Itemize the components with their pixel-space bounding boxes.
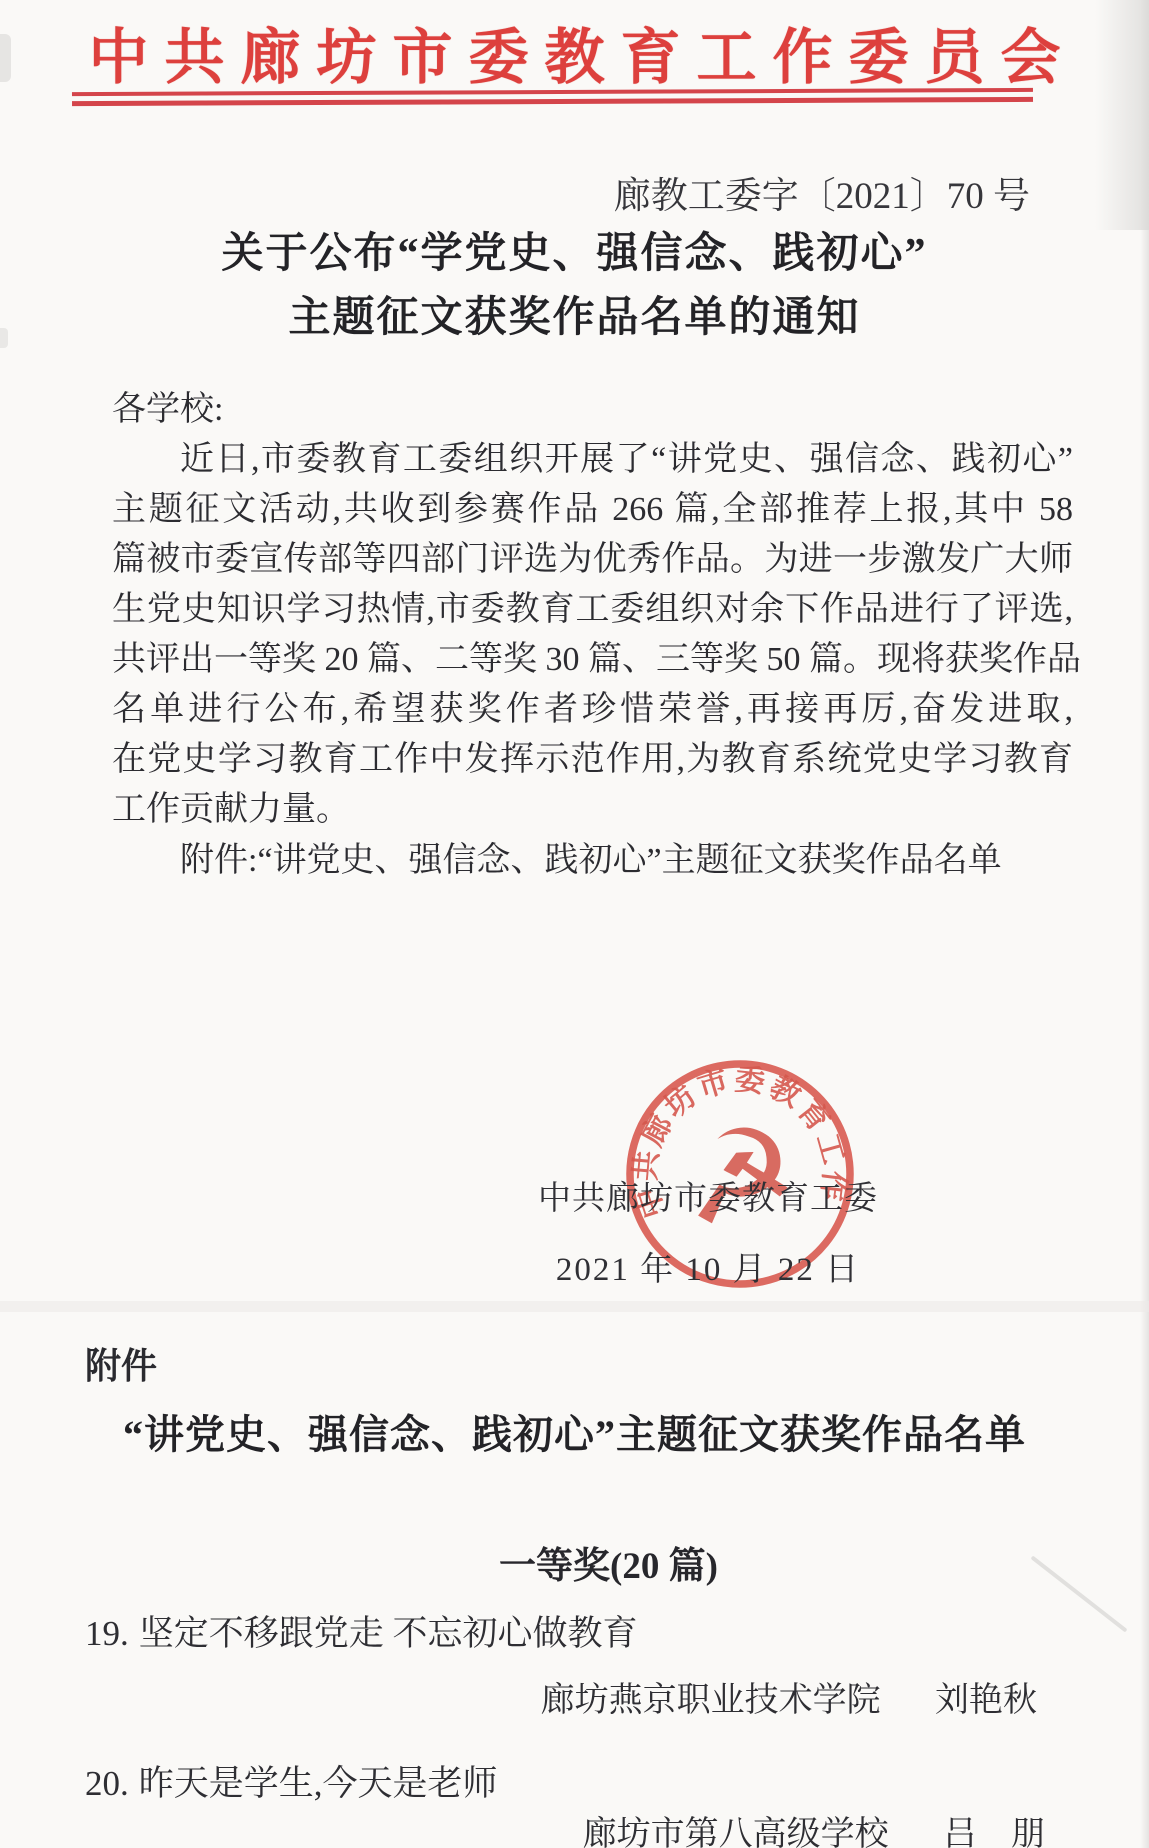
page-seam [0,1301,1149,1312]
award-entry-byline: 廊坊市第八高级学校吕 朋 [583,1806,1045,1848]
issue-date: 2021 年 10 月 22 日 [408,1243,1008,1290]
notice-title-line-1: 关于公布“学党史、强信念、践初心” [0,222,1149,286]
body-line: 主题征文活动,共收到参赛作品 266 篇,全部推荐上报,其中 58 [112,485,1073,535]
notice-title: 关于公布“学党史、强信念、践初心” 主题征文获奖作品名单的通知 [0,222,1149,350]
body-line: 名单进行公布,希望获奖作者珍惜荣誉,再接再厉,奋发进取, [112,685,1073,735]
first-prize-heading: 一等奖(20 篇) [34,1535,1149,1589]
letterhead-divider [72,88,1033,106]
letterhead-org-name: 中共廊坊市委教育工作委员会 [0,10,1149,96]
entry-school: 廊坊燕京职业技术学院 [541,1682,881,1719]
award-entry: 19.坚定不移跟党走 不忘初心做教育 [85,1606,638,1656]
body-line: 生党史知识学习热情,市委教育工委组织对余下作品进行了评选, [112,585,1073,635]
award-entry: 20.昨天是学生,今天是老师 [85,1756,498,1806]
signature-block: 中共廊坊市委教育工委 2021 年 10 月 22 日 [408,1172,1008,1290]
entry-school: 廊坊市第八高级学校 [583,1816,889,1848]
body-line: 工作贡献力量。 [112,785,1073,835]
notice-title-line-2: 主题征文获奖作品名单的通知 [0,286,1149,350]
salutation: 各学校: [112,385,1073,435]
entry-number: 20. [85,1764,129,1803]
issuer-signature: 中共廊坊市委教育工委 [408,1172,1008,1219]
award-entry-byline: 廊坊燕京职业技术学院刘艳秋 [541,1672,1037,1721]
document-number: 廊教工委字〔2021〕70 号 [0,165,1030,219]
body-line: 篇被市委宣传部等四部门评选为优秀作品。为进一步激发广大师 [112,535,1073,585]
entry-author: 刘艳秋 [935,1682,1037,1719]
attachment-note: 附件:“讲党史、强信念、践初心”主题征文获奖作品名单 [112,836,1109,886]
entry-title-text: 坚定不移跟党走 不忘初心做教育 [139,1614,638,1653]
entry-author: 吕 朋 [943,1816,1045,1848]
attachment-label: 附件 [85,1338,157,1389]
body-line: 近日,市委教育工委组织开展了“讲党史、强信念、践初心” [112,435,1073,485]
attachment-title: “讲党史、强信念、践初心”主题征文获奖作品名单 [0,1403,1149,1460]
scanned-document-page: 中共廊坊市委教育工作委员会 廊教工委字〔2021〕70 号 关于公布“学党史、强… [0,0,1149,1848]
body-line: 共评出一等奖 20 篇、二等奖 30 篇、三等奖 50 篇。现将获奖作品 [112,635,1073,685]
body-line: 在党史学习教育工作中发挥示范作用,为教育系统党史学习教育 [112,735,1073,785]
notice-body: 近日,市委教育工委组织开展了“讲党史、强信念、践初心” 主题征文活动,共收到参赛… [112,435,1073,835]
entry-number: 19. [85,1614,129,1653]
entry-title-text: 昨天是学生,今天是老师 [139,1764,498,1803]
